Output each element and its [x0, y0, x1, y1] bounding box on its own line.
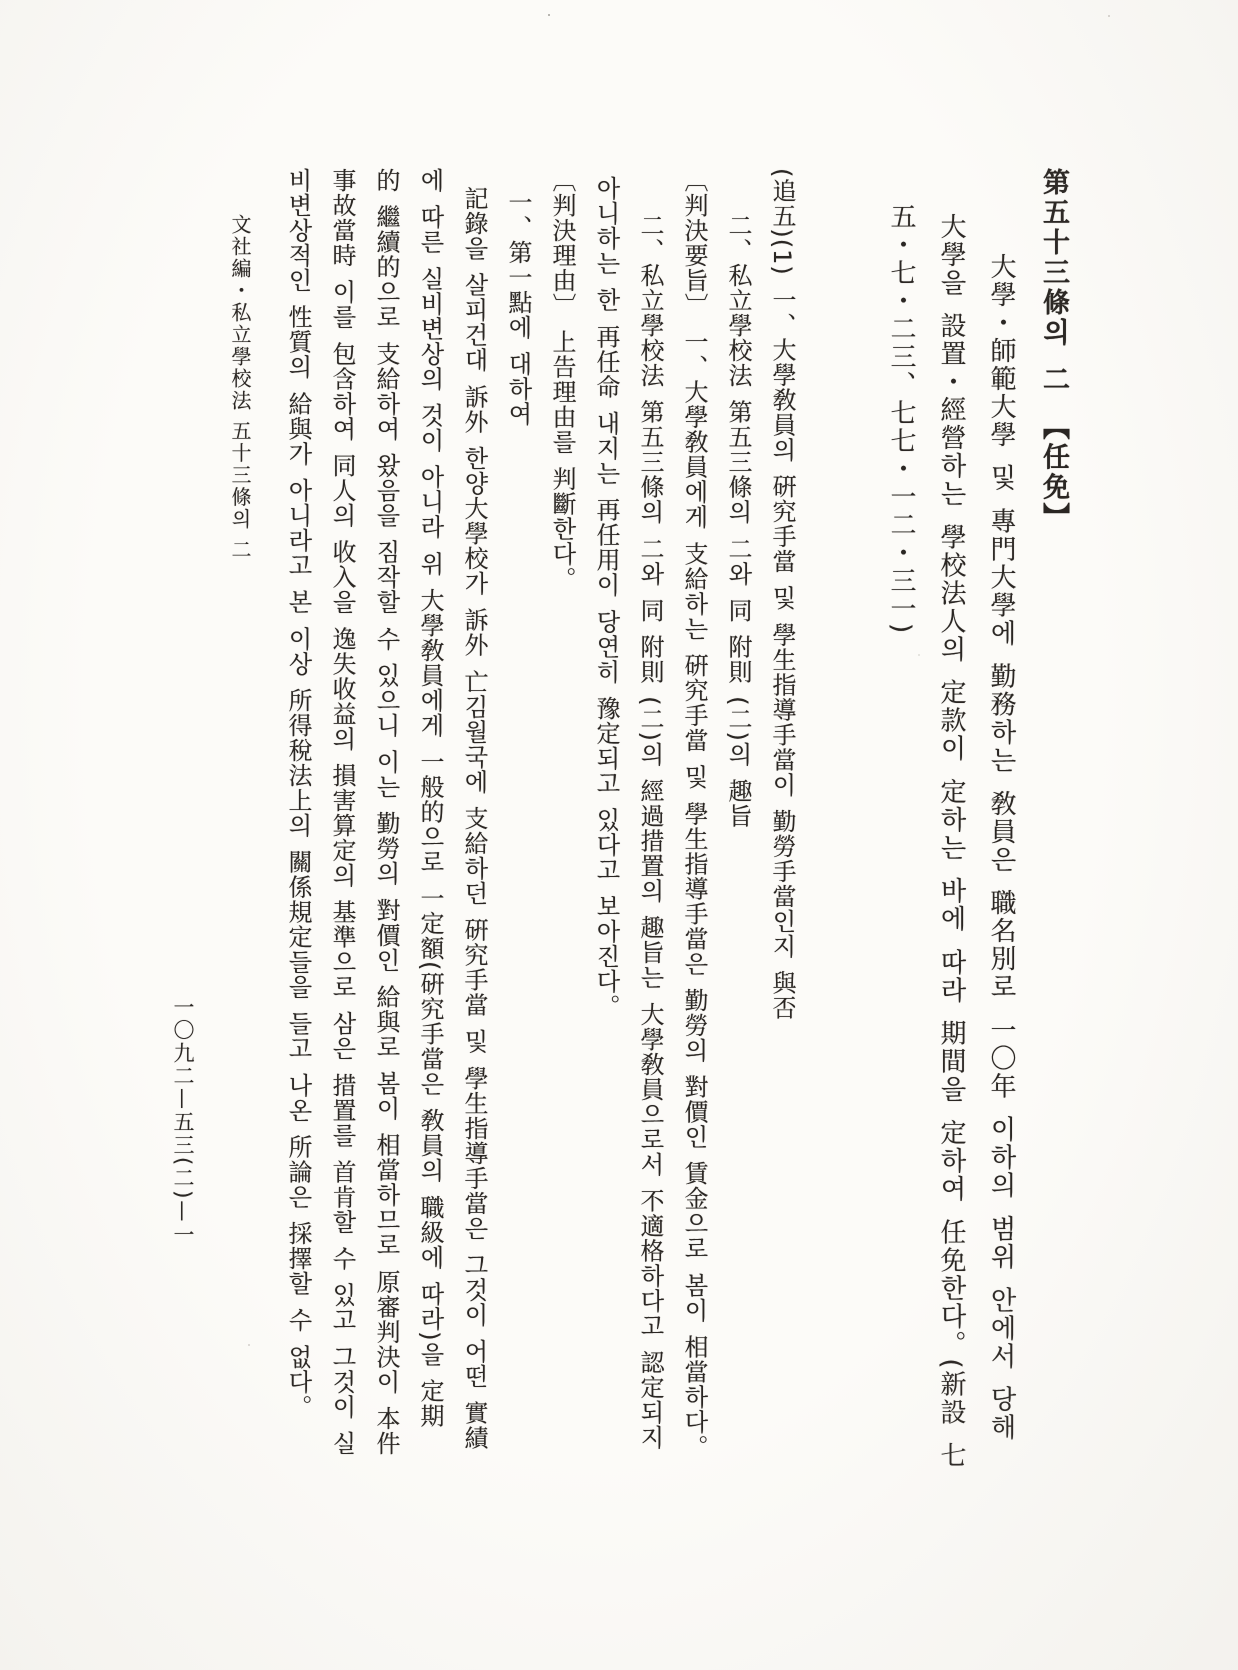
- reasons-line: 記錄을 살피건대 訴外 한양大學校가 訴外 亡김월국에 支給하던 硏究手當 및 …: [452, 168, 496, 1458]
- reasons-heading: 〔判決理由〕 上告理由를 判斷한다。: [540, 168, 584, 1458]
- footer-section: 文社編・私立學校法 五十三條의 二 一〇九二—五三(二)—一: [156, 168, 264, 1458]
- statute-line: 五・七・二三、七七・一二・三一): [876, 168, 926, 1458]
- running-title: 文社編・私立學校法 五十三條의 二: [216, 168, 264, 1458]
- vertical-text-block: 第五十三條의 二 【任免】 大學・師範大學 및 專門大學에 勤務하는 敎員은 職…: [156, 168, 1080, 1458]
- reasons-line: 的 繼續的으로 支給하여 왔음을 짐작할 수 있으니 이는 勤勞의 對價인 給與…: [364, 168, 408, 1458]
- issue-line: 二、私立學校法 第五三條의 二와 同 附則 (二)의 趣旨: [716, 168, 760, 1458]
- holding-line: 〔判決要旨〕 一、大學敎員에게 支給하는 硏究手當 및 學生指導手當은 勤勞의 …: [672, 168, 716, 1458]
- point-heading: 一、第一點에 대하여: [496, 168, 540, 1458]
- holding-line: 아니하는 한 再任命 내지는 再任用이 당연히 豫定되고 있다고 보아진다。: [584, 168, 628, 1458]
- statute-line: 大學・師範大學 및 專門大學에 勤務하는 敎員은 職名別로 一〇年 이하의 범위…: [976, 168, 1026, 1458]
- reasons-line: 事故當時 이를 包含하여 同人의 收入을 逸失收益의 損害算定의 基準으로 삼은…: [320, 168, 364, 1458]
- statute-section: 第五十三條의 二 【任免】 大學・師範大學 및 專門大學에 勤務하는 敎員은 職…: [876, 168, 1080, 1458]
- page-number: 一〇九二—五三(二)—一: [156, 168, 210, 1458]
- issue-line: (追五)(1) 一、大學敎員의 硏究手當 및 學生指導手當이 勤勞手當인지 與否: [760, 168, 804, 1458]
- article-title: 第五十三條의 二 【任免】: [1026, 168, 1080, 1458]
- case-note-section: (追五)(1) 一、大學敎員의 硏究手當 및 學生指導手當이 勤勞手當인지 與否…: [276, 168, 804, 1458]
- scan-speck: [548, 14, 550, 16]
- reasons-line: 비변상적인 性質의 給與가 아니라고 본 이상 所得稅法上의 關係規定들을 들고…: [276, 168, 320, 1458]
- scanned-page: 第五十三條의 二 【任免】 大學・師範大學 및 專門大學에 勤務하는 敎員은 職…: [0, 0, 1238, 1670]
- statute-line: 大學을 設置・經營하는 學校法人의 定款이 定하는 바에 따라 期間을 定하여 …: [926, 168, 976, 1458]
- holding-line: 二、私立學校法 第五三條의 二와 同 附則 (二)의 經過措置의 趣旨는 大學敎…: [628, 168, 672, 1458]
- reasons-line: 에 따른 실비변상의 것이 아니라 위 大學敎員에게 一般的으로 一定額(硏究手…: [408, 168, 452, 1458]
